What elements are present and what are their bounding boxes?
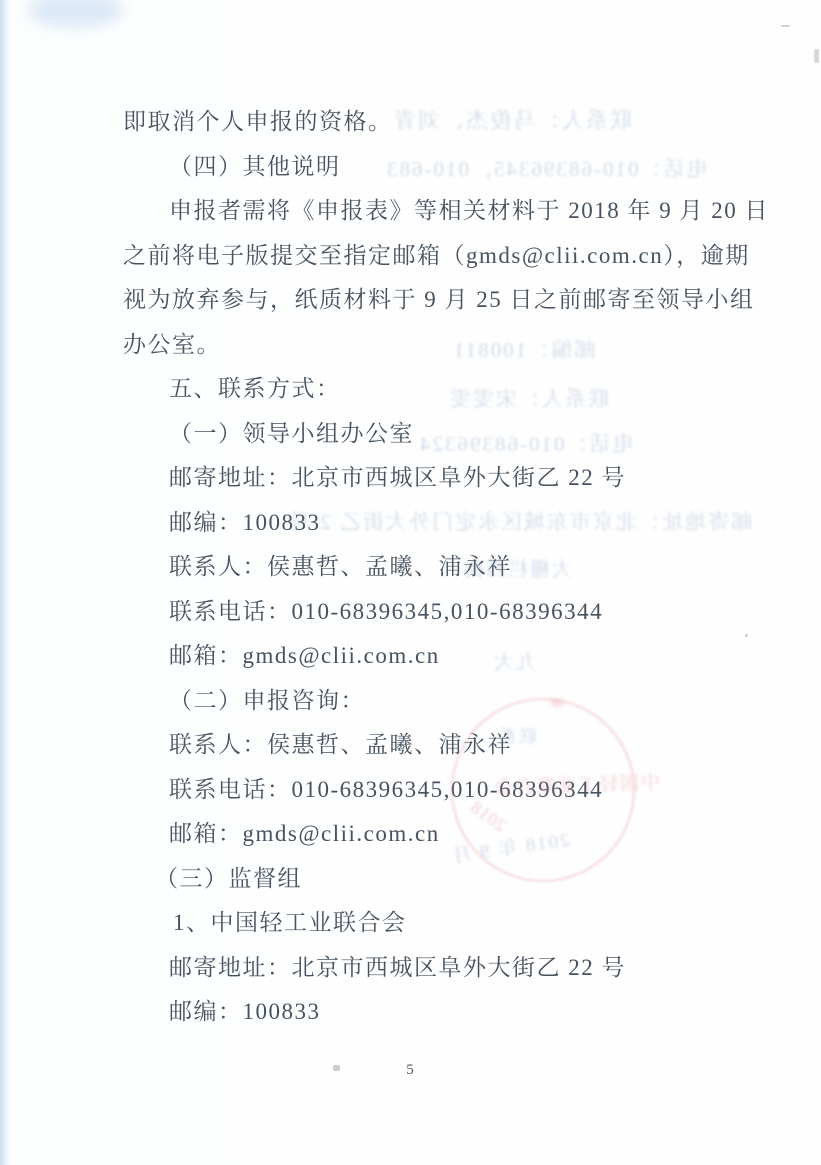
text-line: （二）申报咨询：	[169, 679, 743, 724]
text-line: 视为放弃参与，纸质材料于 9 月 25 日之前邮寄至领导小组	[123, 278, 743, 323]
text-line: 即取消个人申报的资格。	[123, 100, 743, 145]
text-line: （一）领导小组办公室	[169, 412, 743, 457]
scan-speck	[814, 49, 819, 63]
text-line: （四）其他说明	[169, 145, 743, 190]
text-line: 五、联系方式：	[169, 367, 743, 412]
text-line: 1、中国轻工业联合会	[173, 901, 743, 946]
text-line: 邮编：100833	[169, 501, 743, 546]
text-line: 邮箱：gmds@clii.com.cn	[169, 812, 743, 857]
text-line: （三）监督组	[155, 857, 743, 902]
scan-edge-strip	[0, 0, 10, 1165]
text-line: 之前将电子版提交至指定邮箱（gmds@clii.com.cn），逾期	[123, 234, 743, 279]
scanned-document-page: 即取消个人申报的资格。（四）其他说明申报者需将《申报表》等相关材料于 2018 …	[0, 0, 821, 1165]
text-line: 联系电话：010-68396345,010-68396344	[169, 768, 743, 813]
scan-speck	[333, 1065, 340, 1071]
text-line: 联系电话：010-68396345,010-68396344	[169, 590, 743, 635]
red-seal-mark	[550, 699, 564, 707]
scan-speck	[781, 25, 790, 27]
text-line: 联系人：侯惠哲、孟曦、浦永祥	[169, 545, 743, 590]
text-line: 办公室。	[123, 323, 743, 368]
text-line: 申报者需将《申报表》等相关材料于 2018 年 9 月 20 日	[169, 189, 743, 234]
text-line: 邮编：100833	[169, 990, 743, 1035]
text-line: 联系人：侯惠哲、孟曦、浦永祥	[169, 723, 743, 768]
page-number: 5	[398, 1062, 422, 1079]
scan-smudge-topleft	[28, 0, 123, 28]
scan-speck	[745, 634, 748, 637]
text-line: 邮箱：gmds@clii.com.cn	[169, 634, 743, 679]
document-body: 即取消个人申报的资格。（四）其他说明申报者需将《申报表》等相关材料于 2018 …	[123, 100, 743, 1035]
text-line: 邮寄地址：北京市西城区阜外大街乙 22 号	[169, 456, 743, 501]
text-line: 邮寄地址：北京市西城区阜外大街乙 22 号	[169, 946, 743, 991]
